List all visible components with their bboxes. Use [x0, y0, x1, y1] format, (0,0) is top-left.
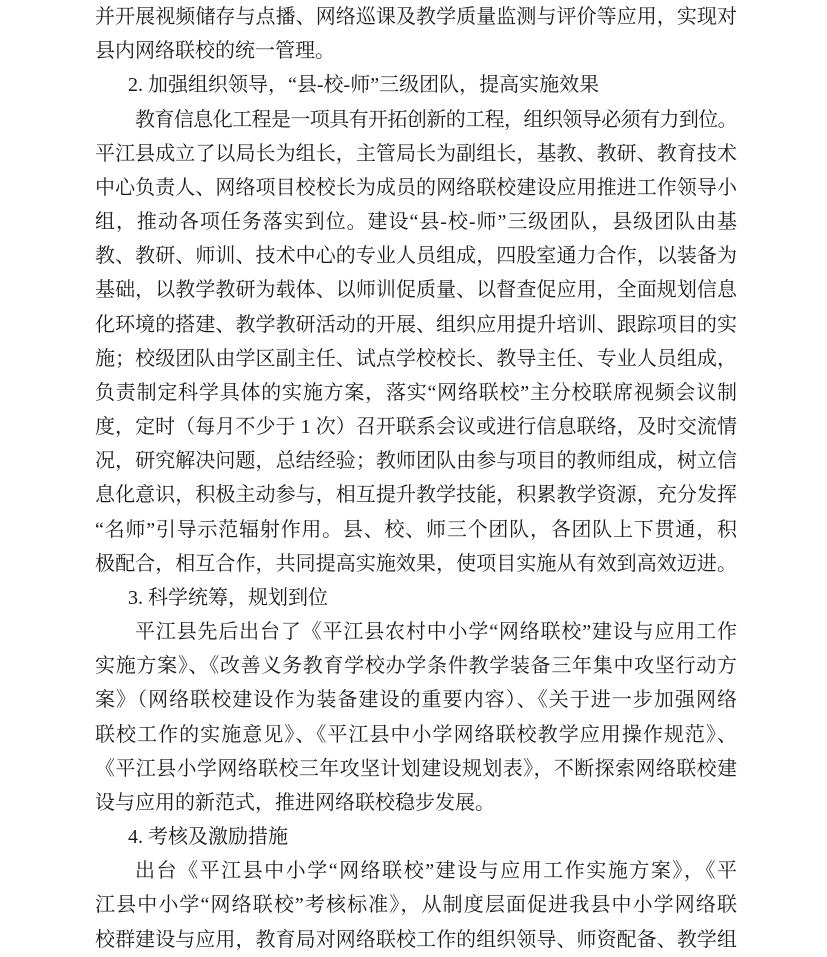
text-line: 组，推动各项任务落实到位。建设“县-校-师”三级团队，县级团队由基 [95, 205, 737, 239]
text-line: “名师”引导示范辐射作用。县、校、师三个团队，各团队上下贯通，积 [95, 513, 737, 547]
text-line: 度，定时（每月不少于 1 次）召开联系会议或进行信息联络，及时交流情 [95, 410, 737, 444]
text-line: 设与应用的新范式，推进网络联校稳步发展。 [95, 786, 737, 820]
document-page: 并开展视频储存与点播、网络巡课及教学质量监测与评价等应用，实现对 县内网络联校的… [0, 0, 827, 957]
text-line: 教、教研、师训、技术中心的专业人员组成，四股室通力合作，以装备为 [95, 239, 737, 273]
text-line: 实施方案》、《改善义务教育学校办学条件教学装备三年集中攻坚行动方 [95, 649, 737, 683]
text-line: 县内网络联校的统一管理。 [95, 34, 737, 68]
text-line: 《平江县小学网络联校三年攻坚计划建设规划表》，不断探索网络联校建 [95, 752, 737, 786]
text-line: 基础，以教学教研为载体、以师训促质量、以督查促应用，全面规划信息 [95, 273, 737, 307]
text-line: 出台《平江县中小学“网络联校”建设与应用工作实施方案》，《平 [95, 854, 737, 888]
text-line: 并开展视频储存与点播、网络巡课及教学质量监测与评价等应用，实现对 [95, 0, 737, 34]
section-heading: 3. 科学统筹，规划到位 [95, 581, 737, 615]
section-heading: 2. 加强组织领导，“县-校-师”三级团队，提高实施效果 [95, 68, 737, 102]
text-line: 江县中小学“网络联校”考核标准》，从制度层面促进我县中小学网络联 [95, 888, 737, 922]
text-line: 息化意识，积极主动参与，相互提升教学技能，积累教学资源，充分发挥 [95, 478, 737, 512]
text-line: 教育信息化工程是一项具有开拓创新的工程，组织领导必须有力到位。 [95, 103, 737, 137]
text-line: 中心负责人、网络项目校校长为成员的网络联校建设应用推进工作领导小 [95, 171, 737, 205]
text-line: 况，研究解决问题，总结经验；教师团队由参与项目的教师组成，树立信 [95, 444, 737, 478]
text-line: 负责制定科学具体的实施方案，落实“网络联校”主分校联席视频会议制 [95, 376, 737, 410]
text-line: 平江县先后出台了《平江县农村中小学“网络联校”建设与应用工作 [95, 615, 737, 649]
text-line: 施；校级团队由学区副主任、试点学校校长、教导主任、专业人员组成， [95, 342, 737, 376]
section-heading: 4. 考核及激励措施 [95, 820, 737, 854]
text-line: 化环境的搭建、教学教研活动的开展、组织应用提升培训、跟踪项目的实 [95, 308, 737, 342]
text-line: 联校工作的实施意见》、《平江县中小学网络联校教学应用操作规范》、 [95, 718, 737, 752]
text-line: 案》（网络联校建设作为装备建设的重要内容）、《关于进一步加强网络 [95, 683, 737, 717]
text-line: 极配合，相互合作，共同提高实施效果，使项目实施从有效到高效迈进。 [95, 547, 737, 581]
text-line: 校群建设与应用，教育局对网络联校工作的组织领导、师资配备、教学组 [95, 923, 737, 957]
text-line: 平江县成立了以局长为组长，主管局长为副组长，基教、教研、教育技术 [95, 137, 737, 171]
